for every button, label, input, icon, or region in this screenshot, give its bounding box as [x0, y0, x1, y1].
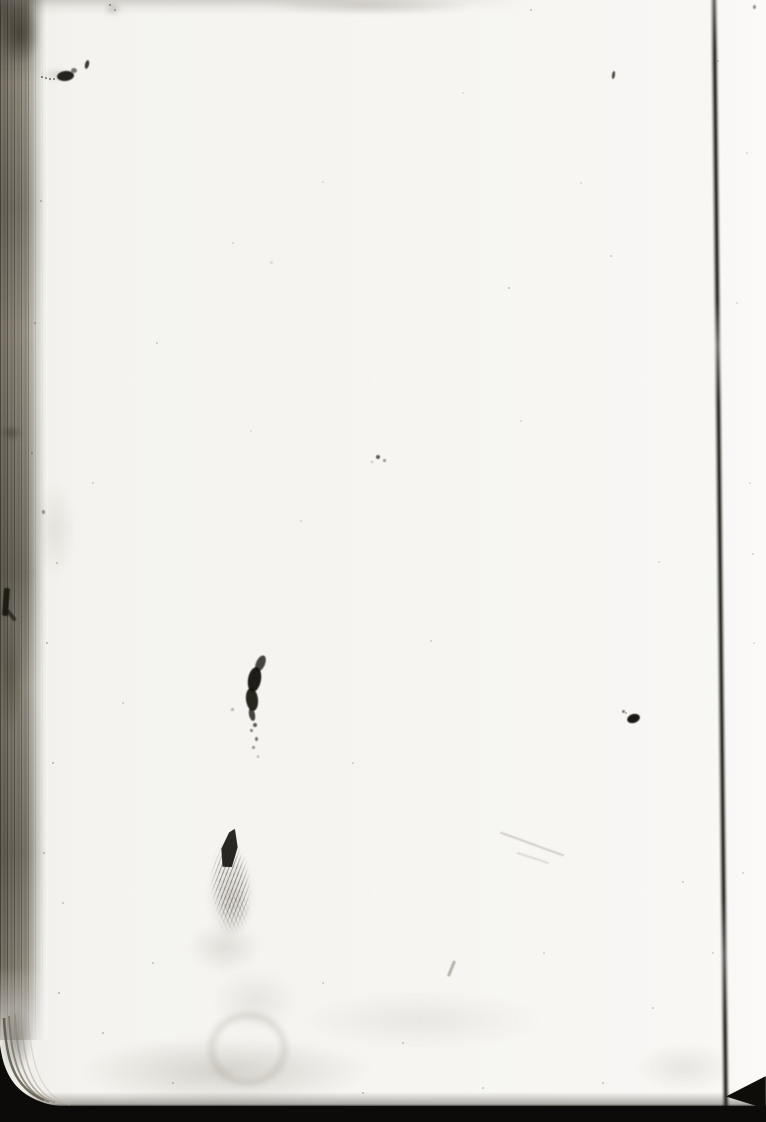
right-ink-blob — [626, 712, 641, 725]
paper-speck — [152, 962, 154, 964]
ring-stain — [208, 1012, 288, 1086]
top-edge-shadow — [0, 0, 560, 15]
scratch-line — [500, 831, 565, 856]
paper-speck — [430, 640, 432, 642]
ink-blot-lower — [245, 687, 260, 711]
scanned-book-page: Scanned blank page of an old book (no pr… — [0, 0, 766, 1122]
paper-speck — [52, 762, 54, 764]
paper-speck — [580, 182, 582, 184]
ink-blot-drop-4 — [252, 746, 255, 749]
center-speck-a — [376, 455, 380, 459]
paper-speck — [752, 553, 754, 555]
ink-streak-blob — [57, 70, 75, 82]
ink-blot-drop-1 — [253, 723, 257, 727]
fingerprint-hatch-cross — [212, 883, 254, 938]
paper-speck — [56, 562, 58, 564]
paper-speck — [322, 982, 324, 984]
paper-speck — [742, 872, 744, 874]
bottom-mid-mottle — [255, 980, 585, 1060]
paper-speck — [92, 482, 94, 484]
faint-slash — [447, 960, 456, 977]
paper-speck — [520, 420, 522, 422]
paper-speck — [122, 702, 124, 704]
ink-blot-top — [253, 654, 268, 673]
paper-speck — [658, 561, 660, 563]
paper-speck — [712, 952, 714, 954]
top-right-speck — [753, 5, 756, 9]
fingerprint-trail-haze — [198, 958, 313, 1043]
paper-speck — [682, 881, 684, 883]
fingerprint-haze — [198, 835, 264, 955]
paper-speck — [352, 762, 354, 764]
paper-speck — [736, 302, 738, 304]
paper-speck — [749, 482, 751, 484]
right-ink-speck — [611, 71, 615, 79]
paper-speck — [300, 520, 302, 522]
ink-blot-drop-3 — [255, 737, 258, 741]
paper-speck — [49, 78, 51, 80]
paper-speck — [753, 642, 755, 644]
paper-speck — [508, 287, 510, 289]
spine-gutter-line — [710, 0, 730, 1122]
fingerprint-under-haze — [176, 912, 274, 982]
paper-speck — [625, 712, 627, 714]
paper-speck — [746, 152, 748, 154]
paper-speck — [58, 992, 60, 994]
fingerprint-dark-cap — [217, 827, 242, 869]
right-ink-blob-speck — [622, 710, 625, 713]
ink-streak-blob-tip — [71, 68, 77, 73]
center-speck-b — [383, 459, 386, 462]
paper-speck — [462, 92, 464, 94]
paper-speck — [602, 1082, 604, 1084]
ink-blot-tail — [248, 708, 257, 722]
paper-speck — [232, 242, 234, 244]
paper-speck — [172, 1082, 174, 1084]
paper-speck — [62, 902, 64, 904]
bottom-left-page-corner-curves — [0, 1000, 160, 1122]
faint-dot-mid — [270, 261, 273, 264]
bottom-right-mottle — [615, 1035, 755, 1100]
scratch-line-2 — [517, 852, 550, 864]
paper-speck — [402, 1042, 404, 1044]
paper-speck — [482, 1087, 484, 1089]
paper-speck — [322, 181, 324, 183]
paper-speck — [652, 1007, 654, 1009]
center-speck-c — [371, 461, 373, 463]
ink-apostrophe — [84, 60, 90, 70]
paper-speck — [610, 255, 612, 257]
ink-blot-side-dot — [231, 708, 234, 711]
ink-blot-upper — [246, 666, 263, 693]
paper-speck — [53, 78, 55, 80]
paper-speck — [156, 342, 158, 344]
ink-blot-drop-5 — [257, 755, 259, 758]
paper-speck — [543, 952, 545, 954]
paper-speck — [250, 430, 252, 432]
fingerprint-hatch — [207, 841, 256, 939]
book-fore-edge-pages — [0, 0, 48, 1040]
ink-blot-drop-2 — [250, 729, 253, 732]
